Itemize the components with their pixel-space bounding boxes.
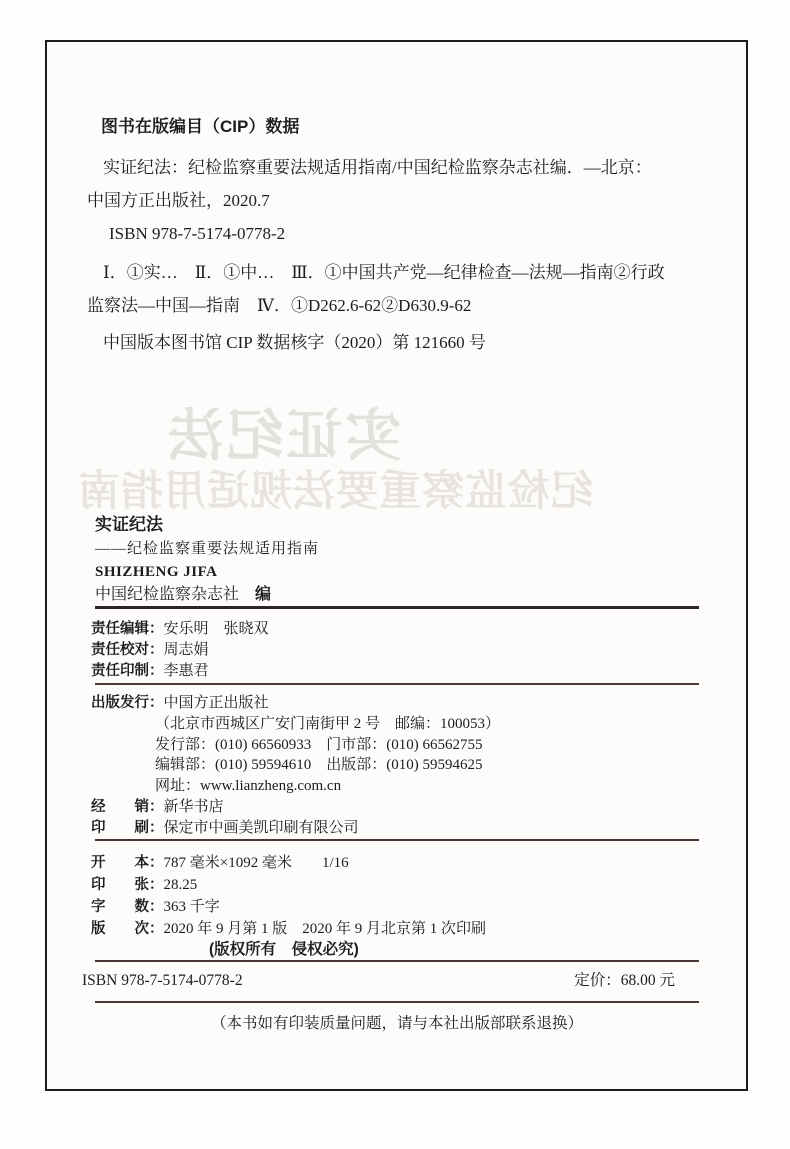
book-copyright-page: 图书在版编目（CIP）数据 实证纪法：纪检监察重要法规适用指南/中国纪检监察杂志… [45, 40, 748, 1091]
sheets-value: 28.25 [164, 874, 702, 896]
edition-value: 2020 年 9 月第 1 版 2020 年 9 月北京第 1 次印刷 [164, 918, 702, 940]
publisher-row: 印 刷： 保定市中画美凯印刷有限公司 [91, 818, 701, 839]
format-row: 印 张： 28.25 [91, 874, 701, 896]
staff-row: 责任校对： 周志娟 [91, 640, 701, 661]
wordcount-value: 363 千字 [164, 896, 702, 918]
publisher-row: 经 销： 新华书店 [91, 797, 701, 818]
staff-row: 责任印制： 李惠君 [91, 661, 701, 682]
book-title-pinyin: SHIZHENG JIFA [95, 561, 699, 584]
cip-classification-line1: Ⅰ．①实… Ⅱ．①中… Ⅲ．①中国共产党—纪律检查—法规—指南②行政 [87, 256, 707, 289]
copyright-notice: (版权所有 侵权必究) [209, 940, 359, 960]
staff-value: 李惠君 [164, 661, 702, 682]
title-block: 实证纪法 ——纪检监察重要法规适用指南 SHIZHENG JIFA 中国纪检监察… [95, 513, 699, 606]
format-row: 开 本： 787 毫米×1092 毫米 1/16 [91, 852, 701, 874]
publisher-row: 出版发行： 中国方正出版社 [91, 693, 701, 714]
footer-price: 定价：68.00 元 [574, 970, 675, 992]
divider-rule-3 [95, 839, 699, 841]
format-block: 开 本： 787 毫米×1092 毫米 1/16 印 张： 28.25 字 数：… [91, 852, 701, 940]
publisher-website: 网址：www.lianzheng.com.cn [155, 776, 701, 797]
staff-block: 责任编辑： 安乐明 张晓双 责任校对： 周志娟 责任印制： 李惠君 [91, 619, 701, 682]
divider-rule-2 [95, 683, 699, 685]
distribution-value: 新华书店 [164, 797, 702, 818]
book-editor-line: 中国纪检监察杂志社 编 [95, 584, 699, 606]
staff-label: 责任校对： [91, 640, 164, 661]
format-row: 版 次： 2020 年 9 月第 1 版 2020 年 9 月北京第 1 次印刷 [91, 918, 701, 940]
edition-label: 版 次： [91, 918, 164, 940]
publisher-label [91, 776, 155, 797]
footer-isbn: ISBN 978-7-5174-0778-2 [82, 970, 243, 992]
format-row: 字 数： 363 千字 [91, 896, 701, 918]
printer-value: 保定市中画美凯印刷有限公司 [164, 818, 702, 839]
printer-label: 印 刷： [91, 818, 164, 839]
bleedthrough-title: 实证纪法 [165, 392, 401, 472]
cip-classification-line2: 监察法—中国—指南 Ⅳ．①D262.6-62②D630.9-62 [87, 289, 707, 322]
cip-entry-line1: 实证纪法：纪检监察重要法规适用指南/中国纪检监察杂志社编．—北京： [87, 151, 707, 184]
publisher-phones-1: 发行部：(010) 66560933 门市部：(010) 66562755 [155, 735, 701, 756]
staff-label: 责任编辑： [91, 619, 164, 640]
editor-name: 中国纪检监察杂志社 [95, 586, 239, 603]
staff-row: 责任编辑： 安乐明 张晓双 [91, 619, 701, 640]
wordcount-label: 字 数： [91, 896, 164, 918]
bleedthrough-subtitle: 纪检监察重要法规适用指南 [77, 458, 593, 518]
cip-header: 图书在版编目（CIP）数据 [87, 112, 707, 137]
cip-entry-line2: 中国方正出版社，2020.7 [87, 184, 707, 217]
book-subtitle: ——纪检监察重要法规适用指南 [95, 537, 699, 561]
publisher-label [91, 755, 155, 776]
divider-rule-1 [95, 606, 699, 609]
distribution-label: 经 销： [91, 797, 164, 818]
publisher-row: 网址：www.lianzheng.com.cn [91, 776, 701, 797]
publisher-block: 出版发行： 中国方正出版社 （北京市西城区广安门南街甲 2 号 邮编：10005… [91, 693, 701, 839]
divider-rule-5 [95, 1001, 699, 1003]
format-label: 开 本： [91, 852, 164, 874]
publisher-label: 出版发行： [91, 693, 164, 714]
publisher-address: （北京市西城区广安门南街甲 2 号 邮编：100053） [155, 714, 701, 735]
cip-isbn: ISBN 978-7-5174-0778-2 [87, 217, 707, 250]
quality-return-note: （本书如有印装质量问题，请与本社出版部联系退换） [95, 1013, 699, 1035]
divider-rule-4 [95, 960, 699, 962]
staff-label: 责任印制： [91, 661, 164, 682]
publisher-value: 中国方正出版社 [164, 693, 702, 714]
publisher-row: 编辑部：(010) 59594610 出版部：(010) 59594625 [91, 755, 701, 776]
cip-record-number: 中国版本图书馆 CIP 数据核字（2020）第 121660 号 [87, 326, 707, 359]
editor-role: 编 [255, 586, 271, 603]
cip-block: 图书在版编目（CIP）数据 实证纪法：纪检监察重要法规适用指南/中国纪检监察杂志… [87, 112, 707, 359]
format-value: 787 毫米×1092 毫米 1/16 [164, 852, 702, 874]
publisher-label [91, 714, 155, 735]
isbn-price-row: ISBN 978-7-5174-0778-2 定价：68.00 元 [82, 970, 707, 992]
publisher-row: 发行部：(010) 66560933 门市部：(010) 66562755 [91, 735, 701, 756]
publisher-phones-2: 编辑部：(010) 59594610 出版部：(010) 59594625 [155, 755, 701, 776]
publisher-row: （北京市西城区广安门南街甲 2 号 邮编：100053） [91, 714, 701, 735]
book-title: 实证纪法 [95, 513, 699, 537]
publisher-label [91, 735, 155, 756]
staff-value: 周志娟 [164, 640, 702, 661]
staff-value: 安乐明 张晓双 [164, 619, 702, 640]
sheets-label: 印 张： [91, 874, 164, 896]
